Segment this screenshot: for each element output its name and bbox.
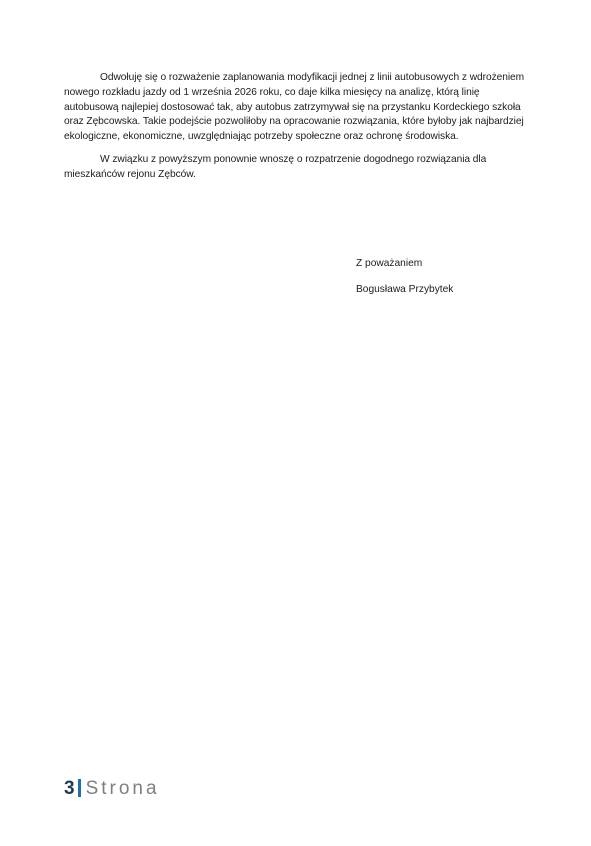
- closing-greeting: Z poważaniem: [356, 258, 422, 269]
- paragraph-request: Odwołuję się o rozważenie zaplanowania m…: [64, 71, 526, 145]
- document-page: Odwołuję się o rozważenie zaplanowania m…: [0, 0, 591, 846]
- paragraph-conclusion: W związku z powyższym ponownie wnoszę o …: [64, 153, 526, 183]
- page-number: 3: [64, 778, 75, 799]
- page-footer: 3Strona: [64, 778, 160, 800]
- page-label: Strona: [86, 778, 160, 799]
- signature-name: Bogusława Przybytek: [356, 284, 453, 295]
- footer-separator: [78, 779, 81, 797]
- letter-body: Odwołuję się o rozważenie zaplanowania m…: [64, 71, 526, 191]
